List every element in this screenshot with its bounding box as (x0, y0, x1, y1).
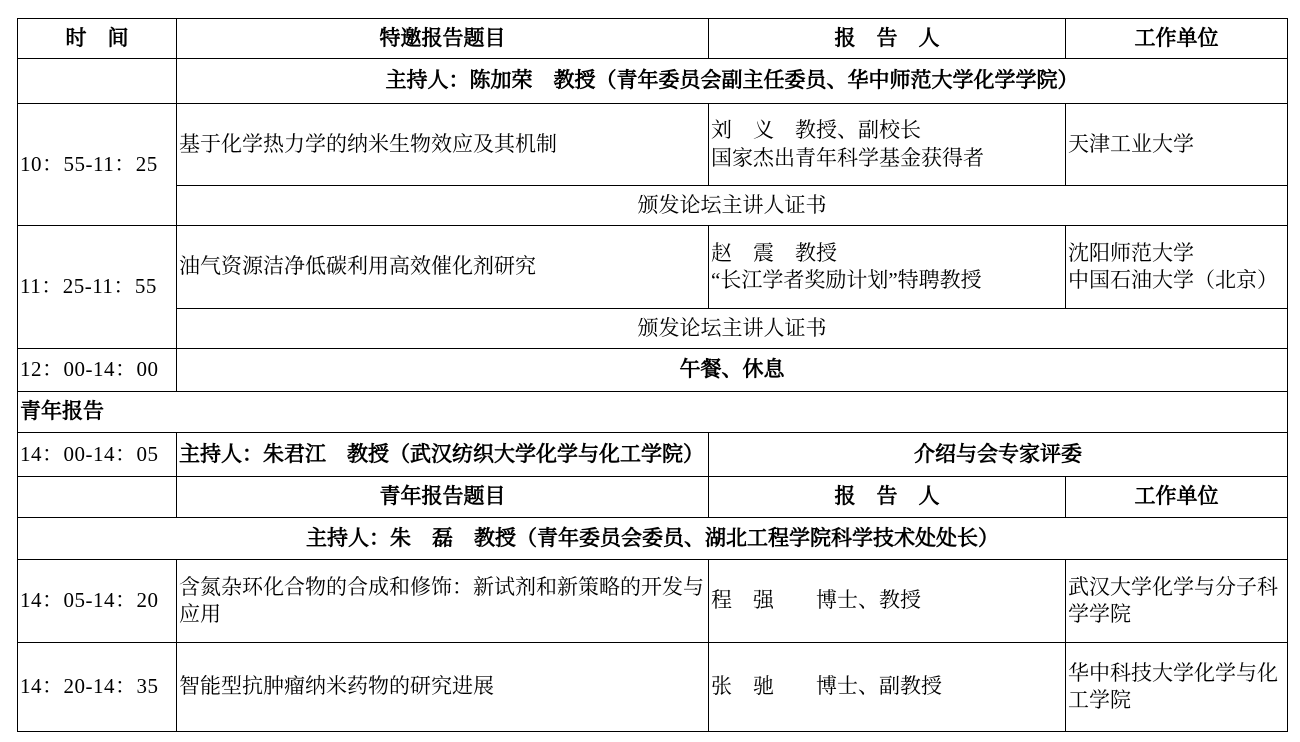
header-unit: 工作单位 (1066, 477, 1288, 518)
schedule-table: 时 间 特邀报告题目 报 告 人 工作单位 主持人：陈加荣 教授（青年委员会副主… (17, 18, 1288, 732)
lunch-cell: 午餐、休息 (177, 349, 1288, 392)
chair-row-1: 主持人：陈加荣 教授（青年委员会副主任委员、华中师范大学化学学院） (18, 59, 1288, 104)
chair-1-cell: 主持人：陈加荣 教授（青年委员会副主任委员、华中师范大学化学学院） (177, 59, 1288, 104)
time-cell-empty (18, 477, 177, 518)
unit-cell: 天津工业大学 (1066, 104, 1288, 186)
time-cell: 14：20-14：35 (18, 643, 177, 732)
time-cell: 10：55-11：25 (18, 104, 177, 226)
section-title-cell: 青年报告 (18, 392, 1288, 433)
header-speaker: 报 告 人 (709, 19, 1066, 59)
header-row-youth: 青年报告题目 报 告 人 工作单位 (18, 477, 1288, 518)
time-cell: 14：00-14：05 (18, 433, 177, 477)
talk-row-1: 10：55-11：25 基于化学热力学的纳米生物效应及其机制 刘 义 教授、副校… (18, 104, 1288, 186)
certificate-cell: 颁发论坛主讲人证书 (177, 186, 1288, 226)
unit-cell: 武汉大学化学与分子科 学学院 (1066, 560, 1288, 643)
header-speaker: 报 告 人 (709, 477, 1066, 518)
talk-title-cell: 基于化学热力学的纳米生物效应及其机制 (177, 104, 709, 186)
chair-row-3: 主持人：朱 磊 教授（青年委员会委员、湖北工程学院科学技术处处长） (18, 518, 1288, 560)
header-time: 时 间 (18, 19, 177, 59)
chair-2-cell: 主持人：朱君江 教授（武汉纺织大学化学与化工学院） (177, 433, 709, 477)
talk-row-2: 11：25-11：55 油气资源洁净低碳利用高效催化剂研究 赵 震 教授 “长江… (18, 226, 1288, 309)
section-row-youth: 青年报告 (18, 392, 1288, 433)
certificate-cell: 颁发论坛主讲人证书 (177, 309, 1288, 349)
chair-3-cell: 主持人：朱 磊 教授（青年委员会委员、湖北工程学院科学技术处处长） (18, 518, 1288, 560)
speaker-cell: 刘 义 教授、副校长 国家杰出青年科学基金获得者 (709, 104, 1066, 186)
header-invited-title: 特邀报告题目 (177, 19, 709, 59)
speaker-cell: 赵 震 教授 “长江学者奖励计划”特聘教授 (709, 226, 1066, 309)
header-unit: 工作单位 (1066, 19, 1288, 59)
time-cell-empty (18, 59, 177, 104)
speaker-cell: 程 强 博士、教授 (709, 560, 1066, 643)
certificate-row-2: 颁发论坛主讲人证书 (18, 309, 1288, 349)
talk-row-3: 14：05-14：20 含氮杂环化合物的合成和修饰：新试剂和新策略的开发与 应用… (18, 560, 1288, 643)
certificate-row-1: 颁发论坛主讲人证书 (18, 186, 1288, 226)
unit-cell: 华中科技大学化学与化 工学院 (1066, 643, 1288, 732)
time-cell: 14：05-14：20 (18, 560, 177, 643)
talk-row-4: 14：20-14：35 智能型抗肿瘤纳米药物的研究进展 张 驰 博士、副教授 华… (18, 643, 1288, 732)
talk-title-cell: 油气资源洁净低碳利用高效催化剂研究 (177, 226, 709, 309)
document-page: 时 间 特邀报告题目 报 告 人 工作单位 主持人：陈加荣 教授（青年委员会副主… (0, 0, 1300, 742)
talk-title-cell: 含氮杂环化合物的合成和修饰：新试剂和新策略的开发与 应用 (177, 560, 709, 643)
intro-row: 14：00-14：05 主持人：朱君江 教授（武汉纺织大学化学与化工学院） 介绍… (18, 433, 1288, 477)
lunch-row: 12：00-14：00 午餐、休息 (18, 349, 1288, 392)
talk-title-cell: 智能型抗肿瘤纳米药物的研究进展 (177, 643, 709, 732)
header-row-invited: 时 间 特邀报告题目 报 告 人 工作单位 (18, 19, 1288, 59)
speaker-cell: 张 驰 博士、副教授 (709, 643, 1066, 732)
time-cell: 12：00-14：00 (18, 349, 177, 392)
time-cell: 11：25-11：55 (18, 226, 177, 349)
intro-judges-cell: 介绍与会专家评委 (709, 433, 1288, 477)
header-youth-title: 青年报告题目 (177, 477, 709, 518)
unit-cell: 沈阳师范大学 中国石油大学（北京） (1066, 226, 1288, 309)
